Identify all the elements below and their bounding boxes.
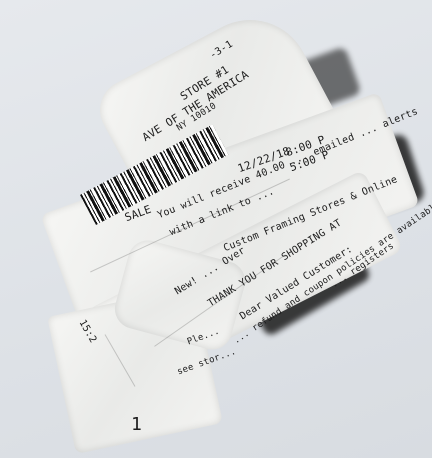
photo-scene: STORE #1 -3-1 AVE OF THE AMERICA NY 1001… (0, 0, 432, 458)
receipt-footer-fragment: 1 (131, 414, 142, 435)
